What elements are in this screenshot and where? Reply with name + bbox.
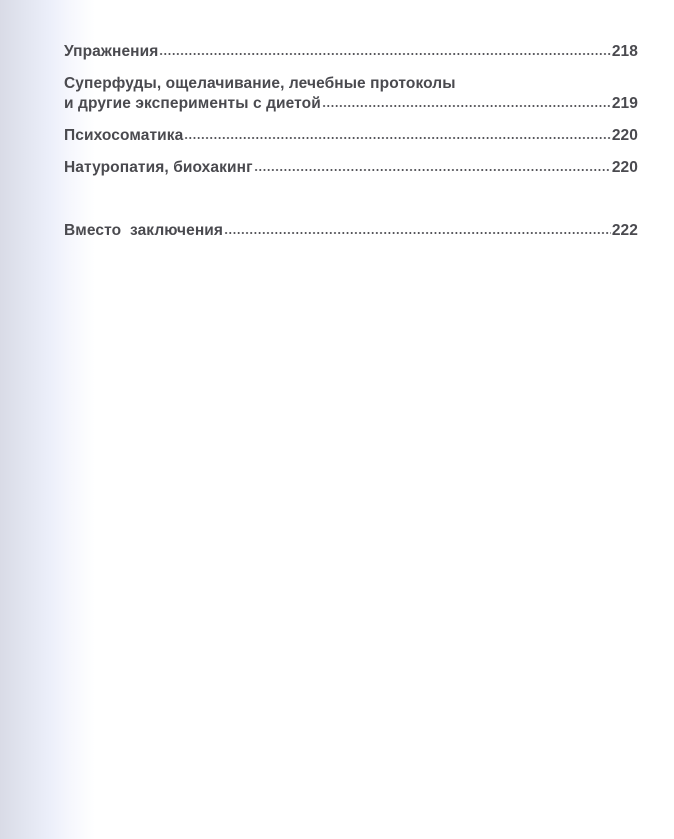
- dot-leader: [159, 42, 610, 56]
- toc-entry-page: 218: [612, 42, 638, 62]
- dot-leader: [224, 221, 611, 235]
- toc-entry-title: Упражнения: [64, 42, 158, 62]
- toc-entry-superfoods[interactable]: Суперфуды, ощелачивание, лечебные проток…: [64, 74, 638, 114]
- toc-entry-conclusion[interactable]: Вместо заключения 222: [64, 221, 638, 241]
- toc-entry-title-line-2: и другие эксперименты с диетой: [64, 94, 321, 114]
- toc-entry-page: 220: [612, 126, 638, 146]
- toc-entry-page: 219: [612, 94, 638, 114]
- dot-leader: [184, 126, 610, 140]
- dot-leader: [254, 158, 611, 172]
- toc-entry-page: 222: [612, 221, 638, 241]
- book-page: Упражнения 218 Суперфуды, ощелачивание, …: [0, 0, 674, 839]
- dot-leader: [322, 94, 611, 108]
- toc-entry-naturopathy[interactable]: Натуропатия, биохакинг 220: [64, 158, 638, 178]
- toc-entry-title: Натуропатия, биохакинг: [64, 158, 253, 178]
- toc-entry-title: Вместо заключения: [64, 221, 223, 241]
- toc-entry-title: Психосоматика: [64, 126, 183, 146]
- table-of-contents: Упражнения 218 Суперфуды, ощелачивание, …: [64, 42, 638, 241]
- toc-entry-title-line-1: Суперфуды, ощелачивание, лечебные проток…: [64, 74, 638, 94]
- toc-entry-psychosomatics[interactable]: Психосоматика 220: [64, 126, 638, 146]
- toc-entry-exercises[interactable]: Упражнения 218: [64, 42, 638, 62]
- toc-entry-page: 220: [612, 158, 638, 178]
